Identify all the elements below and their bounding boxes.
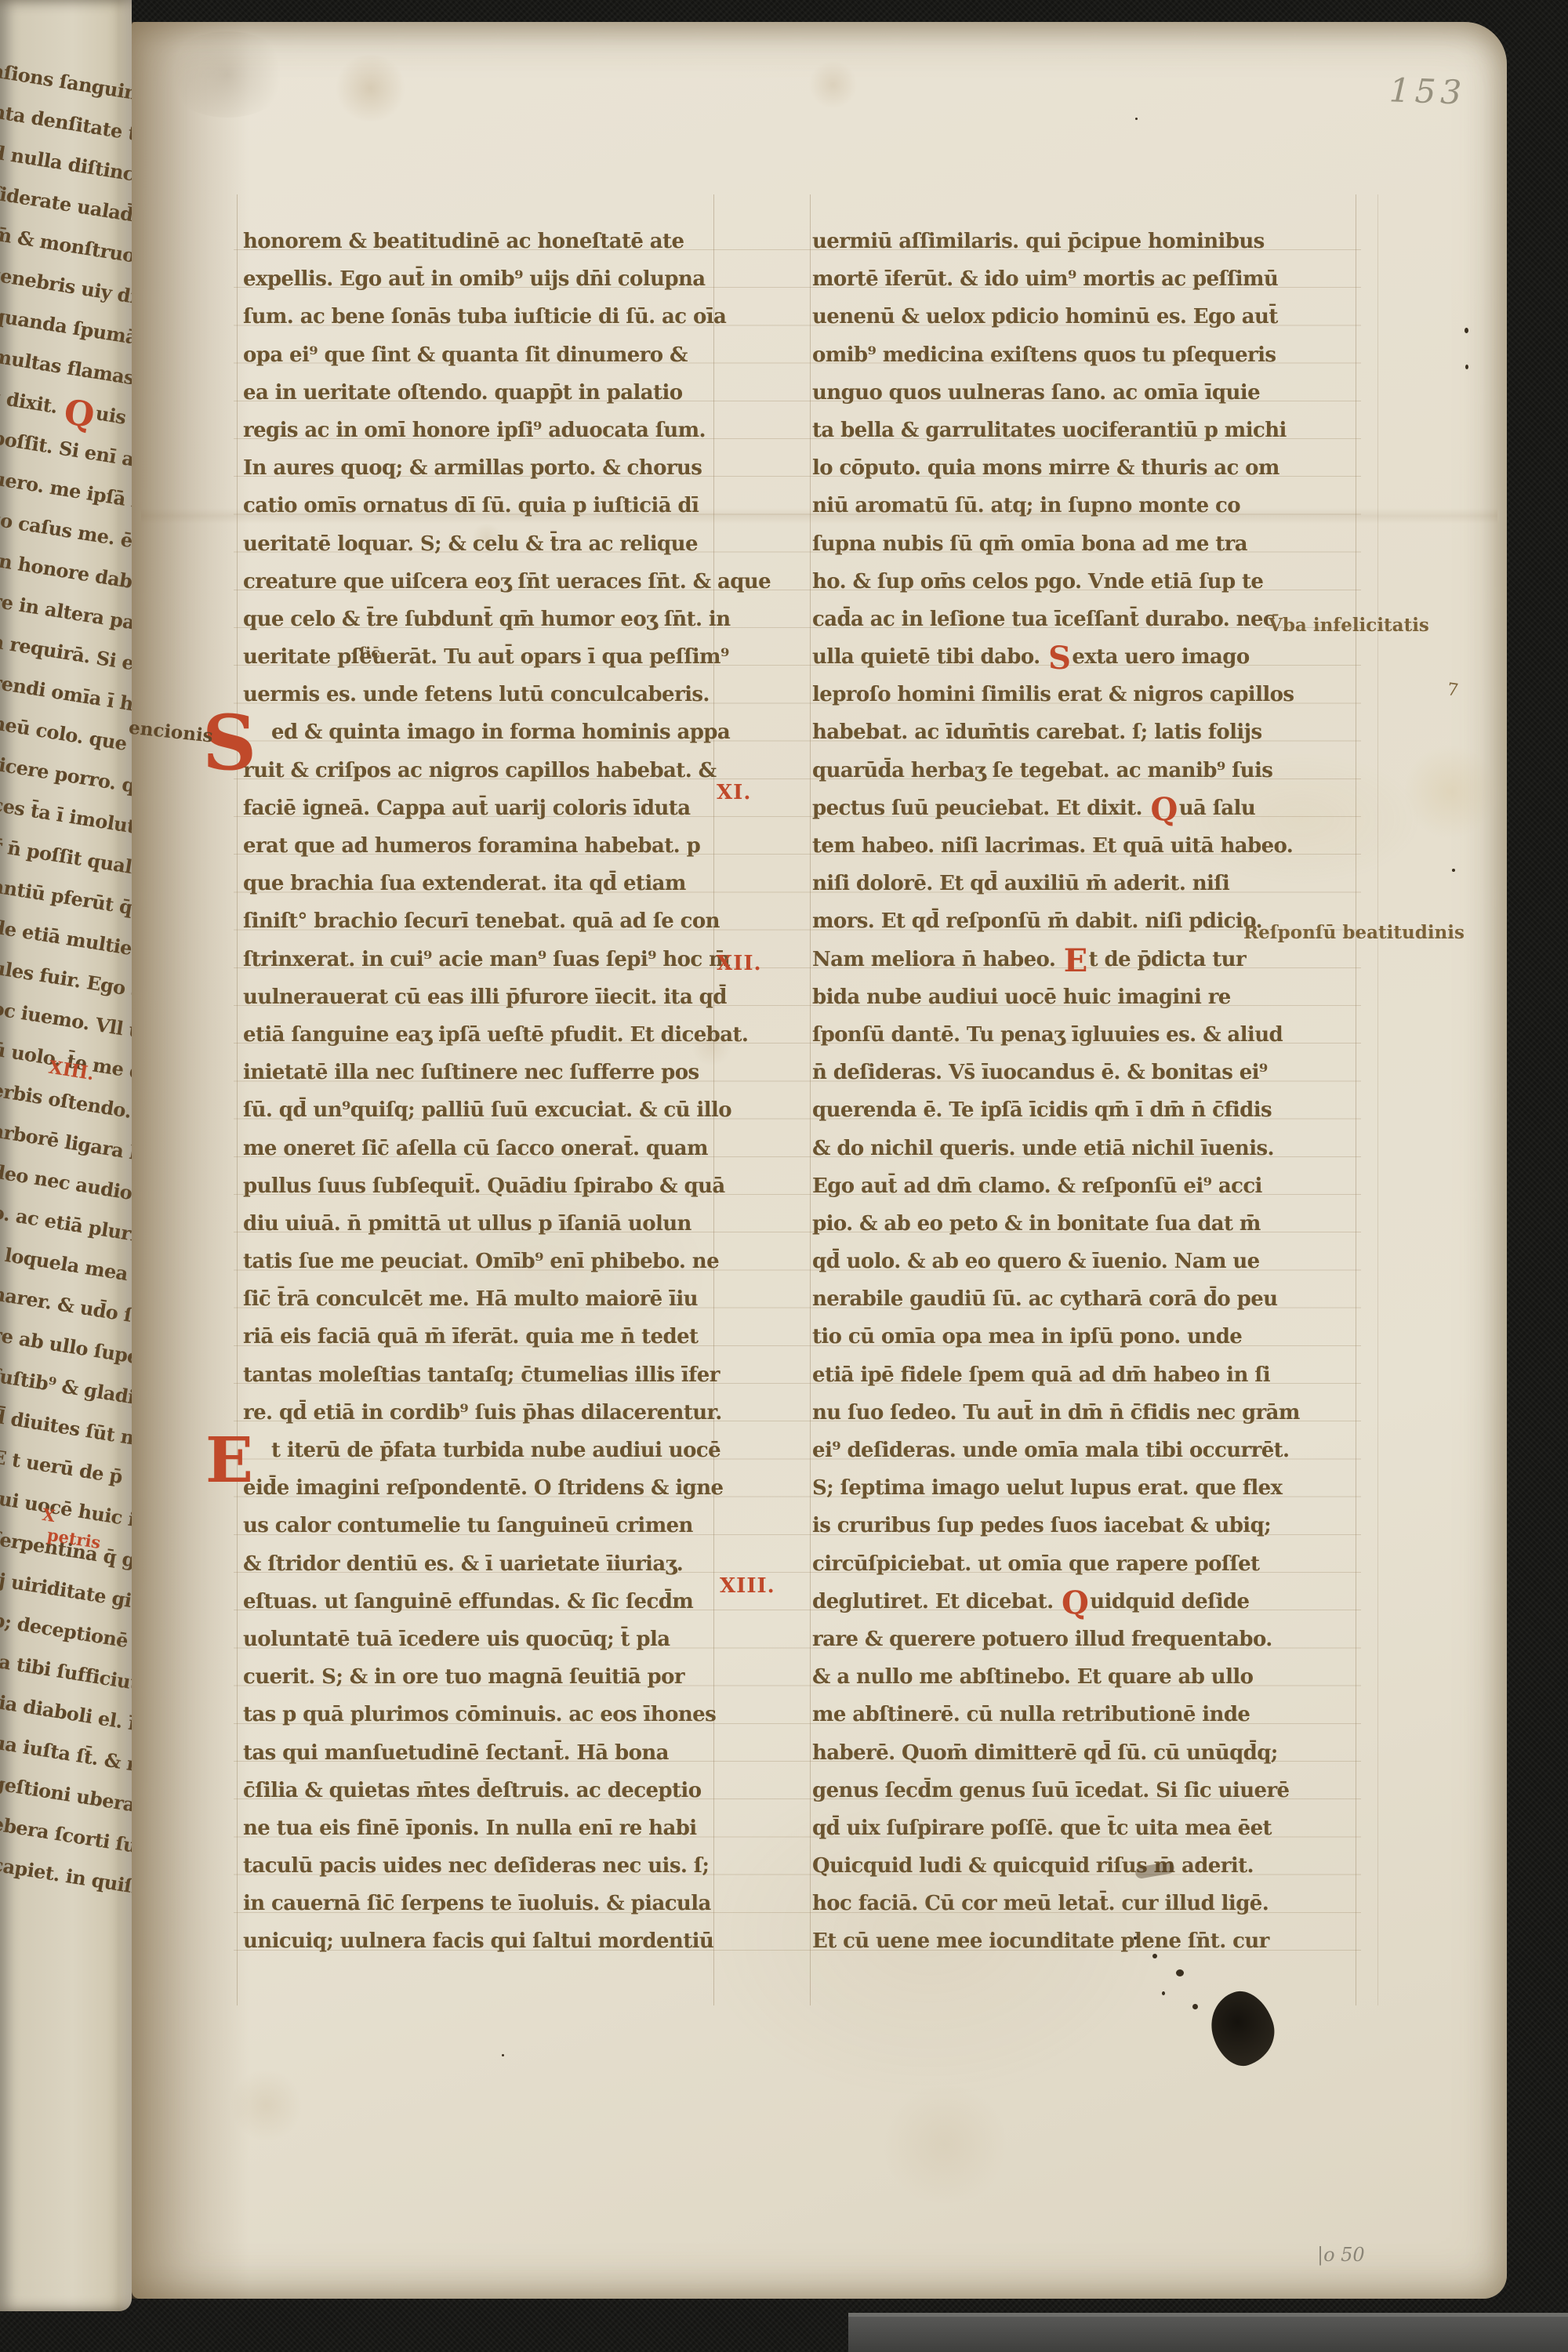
text-line: niſi dolorē. Et qd̄ auxiliū m̄ aderit. n… bbox=[812, 865, 1300, 902]
text-line: uenenū & uelox pdicio hominū es. Ego aut… bbox=[812, 298, 1300, 336]
text-line: leproſo homini ſimilis erat & nigros cap… bbox=[812, 676, 1300, 713]
rubric-drop-cap-E: E bbox=[205, 1428, 253, 1491]
text-line: nu ſuo ſedeo. Tu aut̄ in dm̄ n̄ c̄fidis … bbox=[812, 1394, 1300, 1432]
text-line: ta bella & garrulitates uociferantiū p m… bbox=[812, 412, 1300, 449]
folio-number-pencil: 153 bbox=[1388, 71, 1467, 111]
ruling-line-vertical bbox=[810, 194, 811, 2005]
ink-speckle bbox=[1162, 1991, 1165, 1995]
text-line: unicuiq; uulnera facis qui ſaltui morden… bbox=[243, 1922, 771, 1960]
fly-speck bbox=[1452, 869, 1455, 872]
text-line: qd̄ uix ſuſpirare poſſē. que t̄c uita me… bbox=[812, 1809, 1300, 1847]
text-line: lo cōputo. quia mons mirre & thuris ac o… bbox=[812, 449, 1300, 487]
text-line: re. qd̄ etiā in cordib⁹ ſuis p̄has dilac… bbox=[243, 1394, 771, 1432]
text-line: ea in ueritate oſtendo. quapp̄t in palat… bbox=[243, 374, 771, 412]
rubric-initial: Q bbox=[1149, 791, 1178, 828]
facing-page-edge: aſions ſanguinē q̄nta denſitate tundd nu… bbox=[0, 0, 132, 2311]
text-line: habebat. ac īdum̄tis carebat. ſ; latis f… bbox=[812, 713, 1300, 751]
text-line: erat que ad humeros foramina habebat. p bbox=[243, 827, 771, 865]
margin-note-responsum: Reſponſū beatitudinis bbox=[1243, 922, 1465, 943]
text-line: is cruribus ſup pedes ſuos iacebat & ubi… bbox=[812, 1507, 1300, 1544]
text-line: qd̄ uolo. & ab eo quero & īuenio. Nam ue bbox=[812, 1243, 1300, 1280]
text-line: tas qui manſuetudinē ſectant̄. Hā bona bbox=[243, 1734, 771, 1772]
text-line: uermiū aſſimilaris. qui p̄cipue hominibu… bbox=[812, 223, 1300, 260]
ink-speckle bbox=[1176, 1969, 1184, 1976]
text-line: tem habeo. niſi lacrimas. Et quā uitā ha… bbox=[812, 827, 1300, 865]
text-line: Nam meliora n̄ habeo. Et de p̄dicta tur bbox=[812, 941, 1300, 978]
text-line: que brachia ſua extenderat. ita qd̄ etia… bbox=[243, 865, 771, 902]
text-line: cad̄a ac in leſione tua īceſſant̄ durabo… bbox=[812, 601, 1300, 638]
ink-speckle bbox=[1152, 1954, 1157, 1958]
text-line: ruit & criſpos ac nigros capillos habeba… bbox=[243, 752, 771, 789]
text-line: Et cū uene mee iocunditate plene ſn̄t. c… bbox=[812, 1922, 1300, 1960]
text-line: ei⁹ deſideras. unde omīa mala tibi occur… bbox=[812, 1432, 1300, 1469]
text-line: taculū pacis uides nec deſideras nec uis… bbox=[243, 1847, 771, 1885]
text-line: me abſtinerē. cū nulla retributionē inde bbox=[812, 1696, 1300, 1733]
text-line: tio cū omīa opa mea in ipſū pono. unde bbox=[812, 1318, 1300, 1356]
text-line: mors. Et qd̄ reſponſū m̄ dabit. niſi pdi… bbox=[812, 902, 1300, 940]
text-column-right: uermiū aſſimilaris. qui p̄cipue hominibu… bbox=[812, 223, 1300, 1961]
text-line: ſiniſt° brachio ſecurī tenebat. quā ad ſ… bbox=[243, 902, 771, 940]
fly-speck bbox=[1465, 328, 1468, 333]
text-line: querenda ē. Te ipſā īcidis qm̄ ī dm̄ n̄ … bbox=[812, 1091, 1300, 1129]
text-line: bida nube audiui uocē huic imagini re bbox=[812, 978, 1300, 1016]
text-line: & do nichil queris. unde etiā nichil īue… bbox=[812, 1130, 1300, 1167]
text-line: ſtrinxerat. in cui⁹ acie man⁹ ſuas ſepi⁹… bbox=[243, 941, 771, 978]
photo-background: aſions ſanguinē q̄nta denſitate tundd nu… bbox=[0, 0, 1568, 2352]
rubric-initial: E bbox=[1062, 942, 1089, 979]
text-line: riā eis faciā quā m̄ īferāt. quia me n̄ … bbox=[243, 1318, 771, 1356]
text-line: regis ac in omī honore ipſi⁹ aduocata ſu… bbox=[243, 412, 771, 449]
text-line: rare & querere potuero illud frequentabo… bbox=[812, 1621, 1300, 1658]
text-line: que celo & t̄re ſubdunt̄ qm̄ humor eoʒ ſ… bbox=[243, 601, 771, 638]
text-line: t iterū de p̄fata turbida nube audiui uo… bbox=[243, 1432, 771, 1469]
text-line: creature que uiſcera eoʒ ſn̄t ueraces ſn… bbox=[243, 563, 771, 601]
text-line: honorem & beatitudinē ac honeſtatē ate bbox=[243, 223, 771, 260]
text-line: diu uiuā. n̄ pmittā ut ullus p īſaniā uo… bbox=[243, 1205, 771, 1243]
text-line: & ſtridor dentiū es. & ī uarietate īiuri… bbox=[243, 1545, 771, 1583]
text-line: & a nullo me abſtinebo. Et quare ab ullo bbox=[812, 1658, 1300, 1696]
text-line: eid̄e imagini reſpondentē. O ſtridens & … bbox=[243, 1469, 771, 1507]
fly-speck bbox=[502, 2054, 504, 2056]
fly-speck bbox=[1465, 365, 1468, 369]
text-column-left: honorem & beatitudinē ac honeſtatē ateex… bbox=[243, 223, 771, 1961]
text-line: ed & quinta imago in forma hominis appa bbox=[243, 713, 771, 751]
text-line: circūſpiciebat. ut omīa que rapere poſſe… bbox=[812, 1545, 1300, 1583]
text-line: unguo quos uulneras ſano. ac omīa īquie bbox=[812, 374, 1300, 412]
text-line: mortē īferūt. & ido uim⁹ mortis ac peſſi… bbox=[812, 260, 1300, 298]
text-line: cuerit. S; & in ore tuo magnā ſeuitiā po… bbox=[243, 1658, 771, 1696]
text-line: ueritatē loquar. S; & celu & t̄ra ac rel… bbox=[243, 525, 771, 563]
text-line: omib⁹ medicina exiſtens quos tu pſequeri… bbox=[812, 336, 1300, 374]
ink-speckle bbox=[1134, 1936, 1137, 1940]
text-line: me oneret ſic̄ aſella cū ſacco onerat̄. … bbox=[243, 1130, 771, 1167]
text-line: ſū. qd̄ un⁹quiſq; palliū ſuū excuciat. &… bbox=[243, 1091, 771, 1129]
text-line: tatis ſue me peuciat. Omīb⁹ enī phibebo.… bbox=[243, 1243, 771, 1280]
text-line: deglutiret. Et dicebat. Quidquid deſide bbox=[812, 1583, 1300, 1621]
text-line: ſic̄ t̄rā conculcēt me. Hā multo maiorē … bbox=[243, 1280, 771, 1318]
text-line: ſum. ac bene ſonās tuba iuſticie di ſū. … bbox=[243, 298, 771, 336]
text-line: S; ſeptima imago uelut lupus erat. que f… bbox=[812, 1469, 1300, 1507]
text-line: pectus ſuū peuciebat. Et dixit. Quā ſalu bbox=[812, 789, 1300, 827]
scanner-bar bbox=[848, 2313, 1568, 2352]
ruling-line-vertical bbox=[237, 194, 238, 2005]
text-line: nerabile gaudiū ſū. ac cytharā corā d̄o … bbox=[812, 1280, 1300, 1318]
text-line: tas p quā plurimos cōminuis. ac eos īhon… bbox=[243, 1696, 771, 1733]
text-line: faciē igneā. Cappa aut̄ uarij coloris īd… bbox=[243, 789, 771, 827]
text-line: hoc faciā. Cū cor meū letat̄. cur illud … bbox=[812, 1885, 1300, 1922]
text-line: opa ei⁹ que ſint & quanta ſit dinumero & bbox=[243, 336, 771, 374]
text-line: etiā ſanguine eaʒ ipſā ueſtē pfudit. Et … bbox=[243, 1016, 771, 1054]
text-line: ueritate pſeuerāt. Tu aut̄ opars ī qua p… bbox=[243, 638, 771, 676]
margin-note-infelicitatis: V̄ba infelicitatis bbox=[1269, 615, 1429, 636]
text-line: ulla quietē tibi dabo. Sexta uero imago bbox=[812, 638, 1300, 676]
ruling-line-vertical bbox=[1377, 194, 1378, 2005]
text-line: quarūd̄a herbaʒ ſe tegebat. ac manib⁹ ſu… bbox=[812, 752, 1300, 789]
text-line: Ego aut̄ ad dm̄ clamo. & reſponſū ei⁹ ac… bbox=[812, 1167, 1300, 1205]
margin-numeral-xiii: XIII. bbox=[720, 1574, 775, 1598]
text-line: ne tua eis finē īponis. In nulla enī re … bbox=[243, 1809, 771, 1847]
text-line: pio. & ab eo peto & in bonitate ſua dat … bbox=[812, 1205, 1300, 1243]
text-line: catio omīs ornatus dī ſū. quia p iuſtici… bbox=[243, 487, 771, 524]
text-line: us calor contumelie tu ſanguineū crimen bbox=[243, 1507, 771, 1544]
rubric-initial: S bbox=[1047, 640, 1072, 677]
text-line: haberē. Quom̄ dimitterē qd̄ ſū. cū unūqd… bbox=[812, 1734, 1300, 1772]
text-line: genus ſecd̄m genus ſuū īcedat. Si ſic ui… bbox=[812, 1772, 1300, 1809]
text-line: uulnerauerat cū eas illi p̄furore īiecit… bbox=[243, 978, 771, 1016]
fly-speck bbox=[1135, 118, 1138, 120]
text-line: In aures quoq; & armillas porto. & choru… bbox=[243, 449, 771, 487]
text-line: ſupna nubis ſū qm̄ omīa bona ad me tra bbox=[812, 525, 1300, 563]
text-line: niū aromatū ſū. atq; in ſupno monte co bbox=[812, 487, 1300, 524]
text-line: uoluntatē tuā īcedere uis quocūq; t̄ pla bbox=[243, 1621, 771, 1658]
ruling-line-vertical bbox=[1356, 194, 1356, 2005]
text-line: expellis. Ego aut̄ in omib⁹ uijs dn̄i co… bbox=[243, 260, 771, 298]
text-line: c̄ſilia & quietas m̄tes d̄eſtruis. ac de… bbox=[243, 1772, 771, 1809]
text-line: inietatē illa nec ſuſtinere nec ſufferre… bbox=[243, 1054, 771, 1091]
text-line: tantas moleſtias tantaſq; c̄tumelias ill… bbox=[243, 1356, 771, 1394]
pencil-shelfmark: |o 50 bbox=[1317, 2244, 1365, 2266]
text-line: eſtuas. ut ſanguinē effundas. & ſic ſecd… bbox=[243, 1583, 771, 1621]
interlinear-correction: ſic̄ bbox=[359, 644, 380, 662]
text-line: uermis es. unde fetens lutū conculcaberi… bbox=[243, 676, 771, 713]
text-line: pullus ſuus ſubſequit̄. Quādiu ſpirabo &… bbox=[243, 1167, 771, 1205]
rubric-initial: Q bbox=[1060, 1584, 1090, 1621]
facing-page-text: aſions ſanguinē q̄nta denſitate tundd nu… bbox=[0, 50, 132, 1885]
margin-numeral-xii: XII. bbox=[717, 952, 762, 975]
ink-speckle bbox=[1192, 2004, 1198, 2009]
text-line: ho. & ſup om̄s celos pgo. Vnde etiā ſup … bbox=[812, 563, 1300, 601]
text-line: etiā ipē fidele ſpem quā ad dm̄ habeo in… bbox=[812, 1356, 1300, 1394]
text-line: ſponſū dantē. Tu penaʒ īgluuies es. & al… bbox=[812, 1016, 1300, 1054]
text-line: n̄ deſideras. Vs̄ īuocandus ē. & bonitas… bbox=[812, 1054, 1300, 1091]
text-line: Quicquid ludi & quicquid riſus m̄ aderit… bbox=[812, 1847, 1300, 1885]
text-line: in cauernā ſic̄ ſerpens te īuoluis. & pi… bbox=[243, 1885, 771, 1922]
margin-numeral-xi: XI. bbox=[717, 781, 751, 804]
